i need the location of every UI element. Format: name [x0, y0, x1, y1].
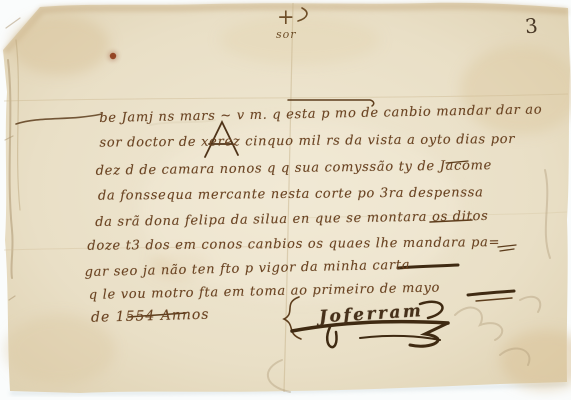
- manuscript-line-3: dez d de camara nonos q q sua comyssão t…: [96, 159, 492, 179]
- signature: Joferram: [318, 301, 423, 327]
- manuscript-dateline: de 1554 Annos: [91, 308, 210, 326]
- manuscript-line-4: da fonssequa mercante nesta corte po 3ra…: [98, 186, 484, 204]
- manuscript-line-6: doze t3 dos em conos canbios os quaes lh…: [87, 236, 500, 254]
- document-photo: + sor 3 be: [0, 0, 571, 400]
- manuscript-line-2: sor doctor de xerez cinquo mil rs da vis…: [99, 133, 515, 151]
- manuscript-text-block: be Jamj ns mars ~ v m. q esta p mo de ca…: [0, 0, 571, 400]
- manuscript-line-8: q le vou motro fta em toma ao primeiro d…: [89, 282, 441, 304]
- manuscript-line-1: be Jamj ns mars ~ v m. q esta p mo de ca…: [99, 103, 542, 126]
- manuscript-line-5: da srã dona felipa da silua en que se mo…: [95, 210, 488, 230]
- manuscript-line-7: gar seo ja não ten fto p vigor da minha …: [84, 259, 410, 281]
